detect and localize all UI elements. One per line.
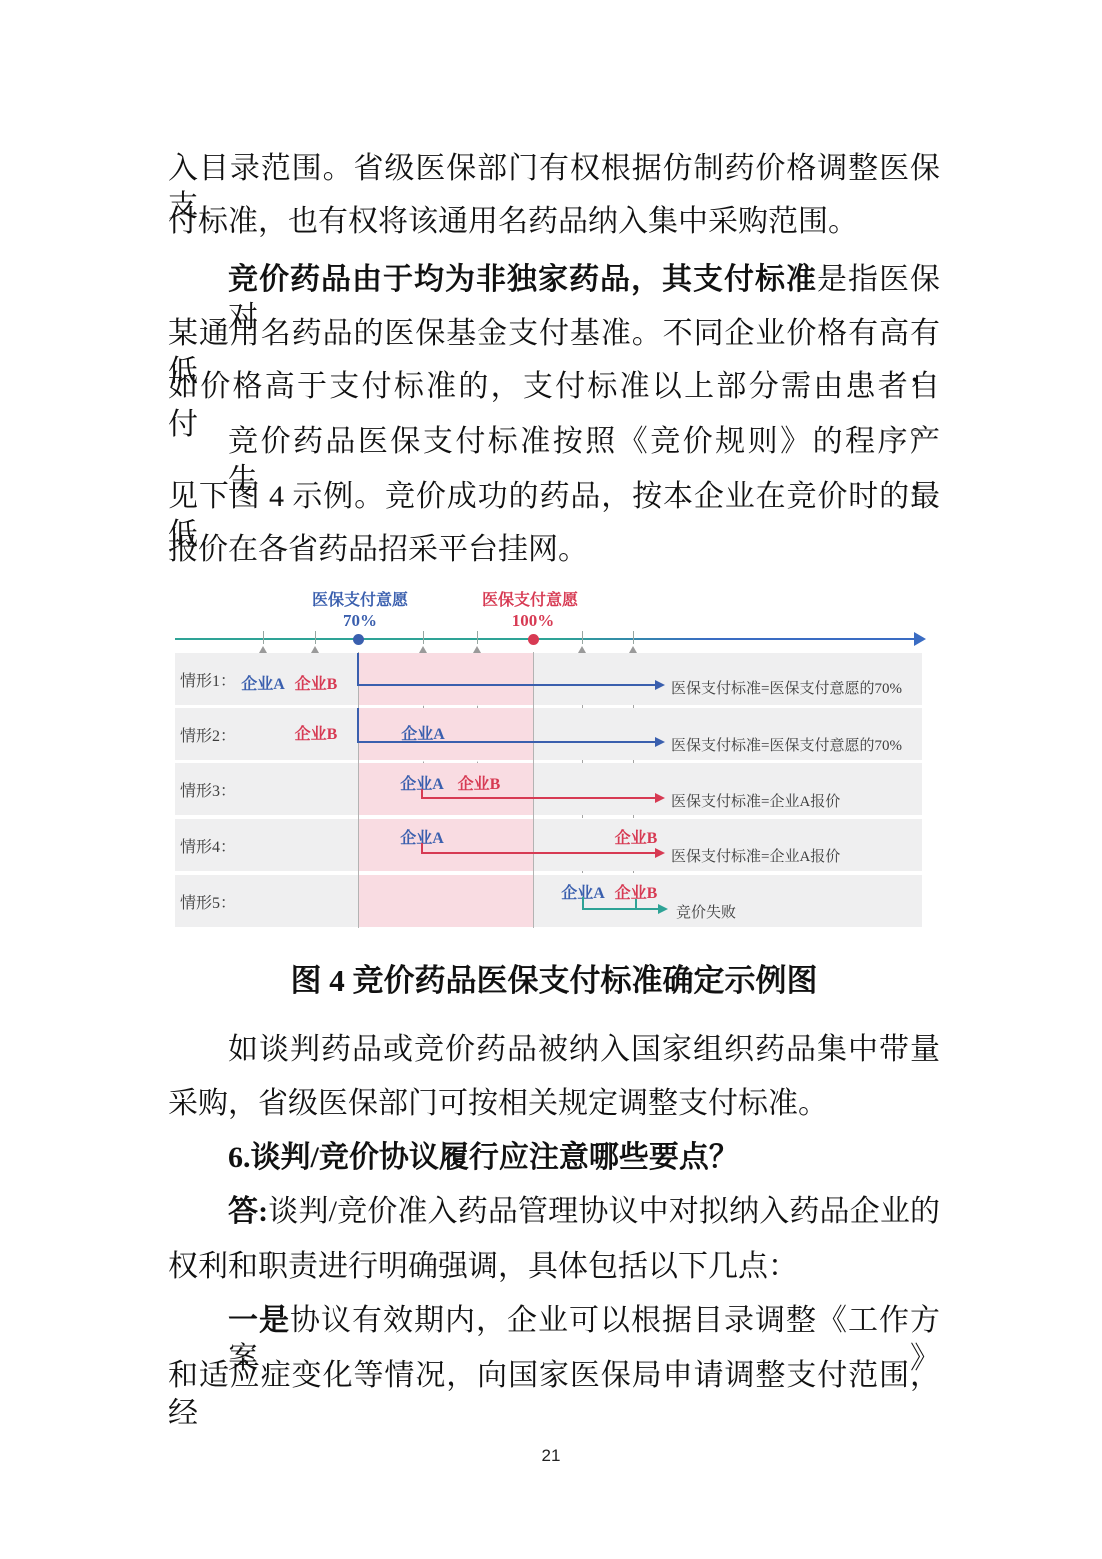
result-label: 竞价失败: [676, 901, 736, 922]
company-b-label: 企业B: [293, 671, 339, 694]
question-heading: 6.谈判/竞价协议履行应注意哪些要点？: [168, 1139, 940, 1177]
body-line: 和适应症变化等情况，向国家医保局申请调整支付范围，经: [168, 1357, 940, 1433]
scenario-label: 情形3：: [180, 778, 236, 801]
text-run: 谈判/竞价准入药品管理协议中对拟纳入药品企业的: [268, 1195, 940, 1228]
result-connector: [357, 708, 359, 743]
result-arrow-icon: [655, 848, 665, 858]
scenario-band: 情形5：: [175, 875, 922, 927]
body-line: 如谈判药品或竞价药品被纳入国家组织药品集中带量: [168, 1031, 940, 1069]
page-number: 21: [0, 1446, 1102, 1466]
dot-100-percent: [528, 634, 539, 645]
company-a-label: 企业A: [240, 671, 286, 694]
company-b-label: 企业B: [613, 825, 659, 848]
axis-tick: [263, 631, 264, 644]
result-line: [357, 741, 656, 743]
result-arrow-icon: [658, 904, 668, 914]
scenario-label: 情形1：: [180, 668, 236, 691]
company-b-label: 企业B: [293, 721, 339, 744]
axis-tick: [582, 631, 583, 644]
body-line: 报价在各省药品招采平台挂网。: [168, 531, 940, 569]
result-line: [357, 684, 656, 686]
price-axis-line: [175, 638, 917, 640]
bold-run: 答:: [228, 1195, 268, 1228]
payment-willingness-70-value: 70%: [330, 611, 390, 631]
result-arrow-icon: [655, 680, 665, 690]
body-line: 付标准，也有权将该通用名药品纳入集中采购范围。: [168, 203, 940, 241]
scenario-label: 情形2：: [180, 723, 236, 746]
body-line: 答:谈判/竞价准入药品管理协议中对拟纳入药品企业的: [168, 1193, 940, 1231]
company-b-label: 企业B: [456, 771, 502, 794]
result-arrow-icon: [655, 737, 665, 747]
axis-tick: [477, 631, 478, 644]
boundary-line-100: [533, 652, 534, 928]
result-label: 医保支付标准=企业A报价: [671, 790, 840, 811]
result-line: [421, 852, 656, 854]
pink-zone-70-100: [358, 819, 533, 871]
payment-willingness-100-value: 100%: [503, 611, 563, 631]
bold-run: 竞价药品由于均为非独家药品，其支付标准: [228, 263, 817, 296]
pink-zone-70-100: [358, 763, 533, 815]
result-label: 医保支付标准=企业A报价: [671, 845, 840, 866]
axis-tick: [315, 631, 316, 644]
body-line: 权利和职责进行明确强调，具体包括以下几点：: [168, 1248, 940, 1286]
boundary-line-70: [358, 652, 359, 928]
price-axis-arrow-icon: [914, 632, 926, 646]
body-line: 采购，省级医保部门可按相关规定调整支付标准。: [168, 1085, 940, 1123]
result-line: [582, 908, 660, 910]
result-arrow-icon: [655, 793, 665, 803]
payment-willingness-70-label: 医保支付意愿: [290, 587, 430, 610]
axis-tick: [423, 631, 424, 644]
result-label: 医保支付标准=医保支付意愿的70%: [671, 677, 902, 698]
up-arrow-icon: [311, 646, 319, 653]
payment-willingness-100-label: 医保支付意愿: [460, 587, 600, 610]
pink-zone-70-100: [358, 653, 533, 705]
up-arrow-icon: [419, 646, 427, 653]
up-arrow-icon: [473, 646, 481, 653]
scenario-label: 情形5：: [180, 890, 236, 913]
document-page: 入目录范围。省级医保部门有权根据仿制药价格调整医保支 付标准，也有权将该通用名药…: [0, 0, 1102, 1559]
axis-tick: [633, 631, 634, 644]
up-arrow-icon: [578, 646, 586, 653]
figure-caption: 图 4 竞价药品医保支付标准确定示例图: [168, 963, 940, 999]
result-label: 医保支付标准=医保支付意愿的70%: [671, 734, 902, 755]
bold-run: 一是: [228, 1304, 290, 1337]
dot-70-percent: [353, 634, 364, 645]
up-arrow-icon: [629, 646, 637, 653]
pink-zone-70-100: [358, 875, 533, 927]
result-connector: [357, 653, 359, 686]
up-arrow-icon: [259, 646, 267, 653]
scenario-label: 情形4：: [180, 834, 236, 857]
result-line: [421, 797, 656, 799]
